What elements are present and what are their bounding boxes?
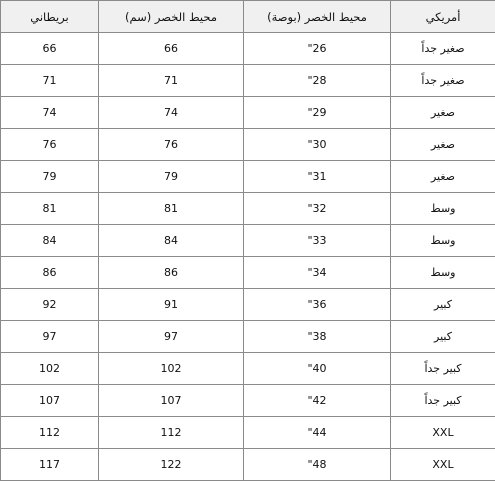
table-row: 76 76 30" صغير (1, 129, 495, 161)
cell-waist-cm: 66 (99, 33, 244, 65)
cell-british: 71 (1, 65, 99, 97)
cell-waist-inch: 44" (244, 417, 391, 449)
cell-american: صغير (391, 129, 495, 161)
table-row: 102 102 40" كبير جداً (1, 353, 495, 385)
size-conversion-table: بريطاني محيط الخصر (سم) محيط الخصر (بوصة… (0, 0, 495, 481)
header-waist-inch: محيط الخصر (بوصة) (244, 1, 391, 33)
table-row: 81 81 32" وسط (1, 193, 495, 225)
cell-american: XXL (391, 417, 495, 449)
cell-waist-inch: 36" (244, 289, 391, 321)
cell-waist-inch: 30" (244, 129, 391, 161)
table-row: 86 86 34" وسط (1, 257, 495, 289)
cell-waist-inch: 38" (244, 321, 391, 353)
table-row: 107 107 42" كبير جداً (1, 385, 495, 417)
cell-british: 66 (1, 33, 99, 65)
cell-american: صغير جداً (391, 65, 495, 97)
cell-waist-cm: 74 (99, 97, 244, 129)
cell-waist-cm: 112 (99, 417, 244, 449)
cell-american: وسط (391, 225, 495, 257)
cell-waist-inch: 48" (244, 449, 391, 481)
cell-waist-inch: 34" (244, 257, 391, 289)
cell-british: 112 (1, 417, 99, 449)
table-row: 117 122 48" XXL (1, 449, 495, 481)
table-row: 92 91 36" كبير (1, 289, 495, 321)
cell-waist-cm: 79 (99, 161, 244, 193)
cell-american: كبير (391, 289, 495, 321)
cell-american: وسط (391, 193, 495, 225)
table-row: 112 112 44" XXL (1, 417, 495, 449)
cell-waist-cm: 122 (99, 449, 244, 481)
cell-american: كبير جداً (391, 353, 495, 385)
table-row: 71 71 28" صغير جداً (1, 65, 495, 97)
cell-british: 86 (1, 257, 99, 289)
cell-british: 102 (1, 353, 99, 385)
cell-waist-inch: 32" (244, 193, 391, 225)
cell-british: 107 (1, 385, 99, 417)
cell-american: صغير (391, 97, 495, 129)
header-british: بريطاني (1, 1, 99, 33)
cell-american: وسط (391, 257, 495, 289)
cell-british: 92 (1, 289, 99, 321)
cell-waist-inch: 40" (244, 353, 391, 385)
cell-waist-cm: 91 (99, 289, 244, 321)
cell-waist-cm: 107 (99, 385, 244, 417)
cell-american: كبير جداً (391, 385, 495, 417)
cell-waist-cm: 76 (99, 129, 244, 161)
cell-british: 79 (1, 161, 99, 193)
cell-waist-cm: 86 (99, 257, 244, 289)
header-waist-cm: محيط الخصر (سم) (99, 1, 244, 33)
cell-waist-cm: 71 (99, 65, 244, 97)
cell-british: 97 (1, 321, 99, 353)
cell-waist-cm: 102 (99, 353, 244, 385)
cell-waist-inch: 28" (244, 65, 391, 97)
cell-british: 76 (1, 129, 99, 161)
header-row: بريطاني محيط الخصر (سم) محيط الخصر (بوصة… (1, 1, 495, 33)
table-row: 74 74 29" صغير (1, 97, 495, 129)
cell-american: XXL (391, 449, 495, 481)
header-american: أمريكي (391, 1, 495, 33)
cell-waist-cm: 97 (99, 321, 244, 353)
table-row: 84 84 33" وسط (1, 225, 495, 257)
table-row: 66 66 26" صغير جداً (1, 33, 495, 65)
cell-waist-cm: 84 (99, 225, 244, 257)
cell-waist-inch: 33" (244, 225, 391, 257)
cell-british: 117 (1, 449, 99, 481)
cell-american: صغير جداً (391, 33, 495, 65)
cell-waist-cm: 81 (99, 193, 244, 225)
table-row: 79 79 31" صغير (1, 161, 495, 193)
cell-waist-inch: 26" (244, 33, 391, 65)
cell-british: 74 (1, 97, 99, 129)
cell-waist-inch: 31" (244, 161, 391, 193)
cell-waist-inch: 29" (244, 97, 391, 129)
cell-waist-inch: 42" (244, 385, 391, 417)
table-row: 97 97 38" كبير (1, 321, 495, 353)
cell-american: كبير (391, 321, 495, 353)
cell-british: 84 (1, 225, 99, 257)
cell-british: 81 (1, 193, 99, 225)
cell-american: صغير (391, 161, 495, 193)
